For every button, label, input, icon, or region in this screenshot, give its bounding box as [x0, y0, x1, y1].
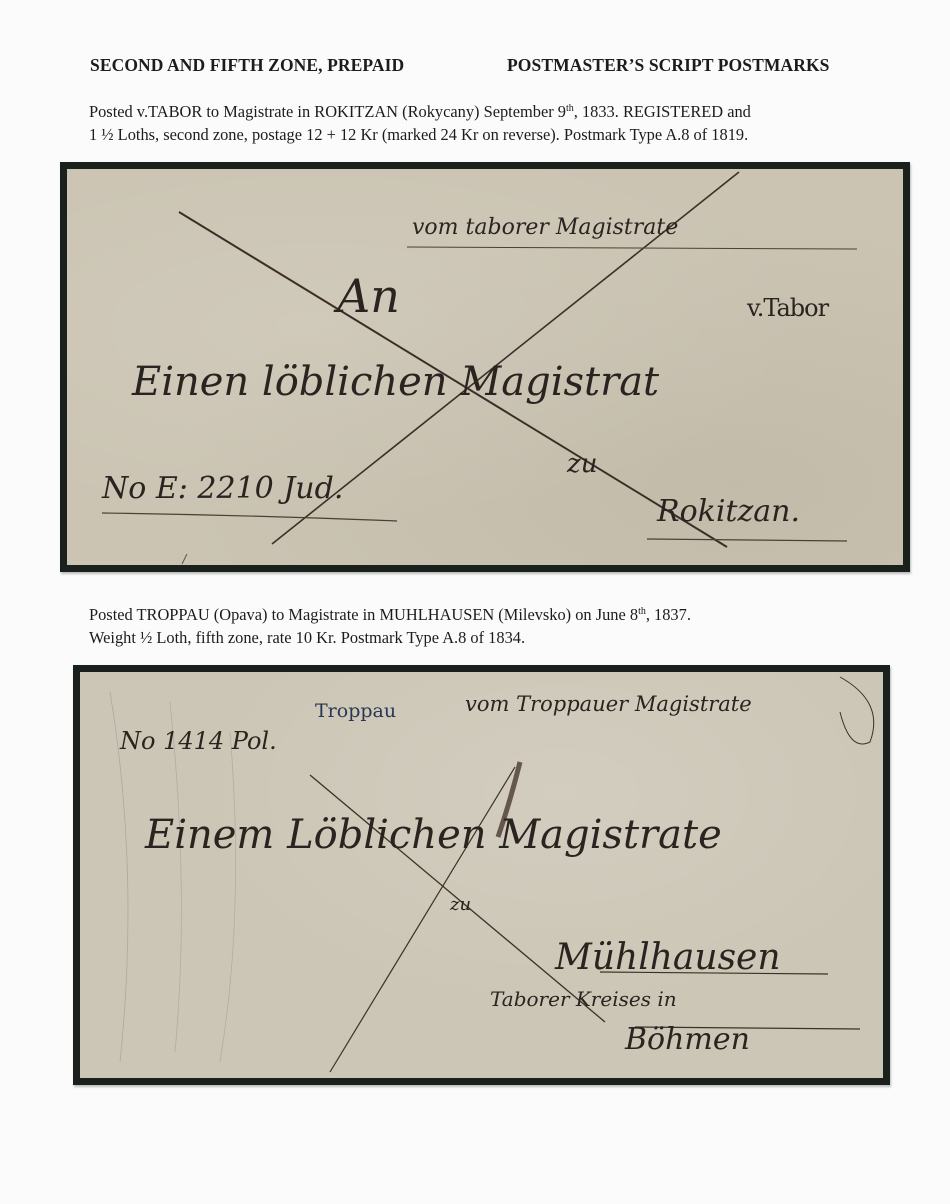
cover-1-an: An	[337, 269, 400, 323]
cover-1-registration-number: No E: 2210 Jud.	[102, 471, 343, 506]
cover-1-tabor-postmark: v.Tabor	[747, 294, 828, 322]
cover-2-district: Taborer Kreises in	[490, 987, 677, 1011]
page-header-left: SECOND AND FIFTH ZONE, PREPAID	[90, 55, 404, 76]
cover-1-caption-line-1: Posted v.TABOR to Magistrate in ROKITZAN…	[89, 100, 751, 123]
page-header-right: POSTMASTER’S SCRIPT POSTMARKS	[507, 55, 830, 76]
cover-2-zu: zu	[450, 894, 471, 915]
cover-1-letter: vom taborer Magistrate An v.Tabor Einen …	[67, 169, 903, 565]
cover-2-letter: vom Troppauer Magistrate Troppau No 1414…	[80, 672, 883, 1078]
cover-2-addressee: Einem Löblichen Magistrate	[145, 812, 722, 858]
cover-2-frame: vom Troppauer Magistrate Troppau No 1414…	[73, 665, 890, 1085]
cover-1-addressee: Einen löblichen Magistrat	[132, 359, 659, 405]
cover-2-city: Mühlhausen	[555, 937, 781, 978]
cover-1-frame: vom taborer Magistrate An v.Tabor Einen …	[60, 162, 910, 572]
cover-2-registration-number: No 1414 Pol.	[120, 727, 277, 755]
cover-2-sender-note: vom Troppauer Magistrate	[465, 692, 752, 716]
cover-2-caption-line-1: Posted TROPPAU (Opava) to Magistrate in …	[89, 603, 691, 626]
cover-2-caption: Posted TROPPAU (Opava) to Magistrate in …	[89, 603, 691, 649]
cover-2-country: Böhmen	[625, 1022, 750, 1057]
cover-2-caption-line-2: Weight ½ Loth, fifth zone, rate 10 Kr. P…	[89, 626, 691, 649]
cover-2-troppau-postmark: Troppau	[315, 700, 396, 722]
cover-1-city: Rokitzan.	[657, 494, 800, 529]
cover-1-caption: Posted v.TABOR to Magistrate in ROKITZAN…	[89, 100, 751, 146]
cover-1-zu: zu	[567, 449, 597, 479]
cover-1-sender-note: vom taborer Magistrate	[412, 215, 678, 240]
cover-1-caption-line-2: 1 ½ Loths, second zone, postage 12 + 12 …	[89, 123, 751, 146]
